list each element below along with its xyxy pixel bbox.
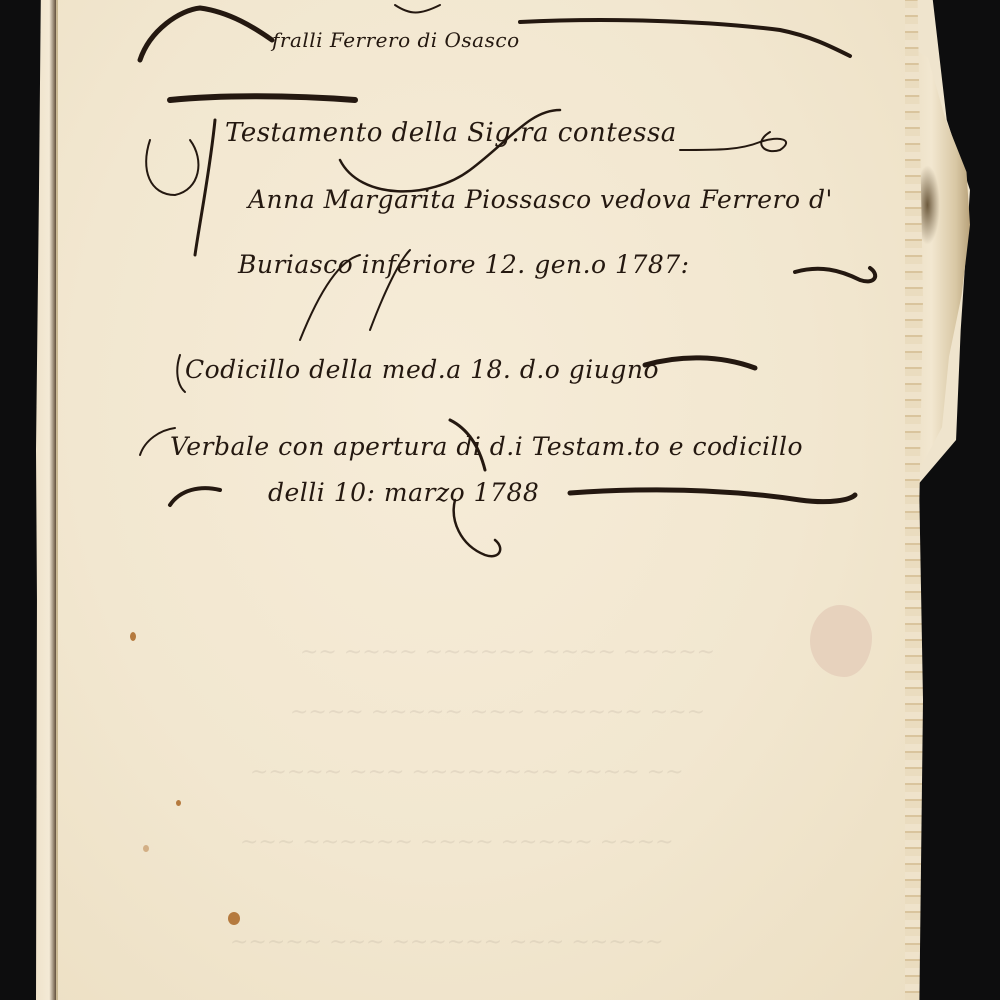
entry-3-line-2: delli 10: marzo 1788 [268,478,539,507]
entry-2-line-1: Codicillo della med.a 18. d.o giugno [185,355,659,384]
manuscript-scan: ~~ ~~~~ ~~~~~~ ~~~~ ~~~~~ ~~~~ ~~~~~ ~~~… [0,0,1000,1000]
entry-1-line-3: Buriasco inferiore 12. gen.o 1787: [238,250,690,279]
entry-1-line-1: Testamento della Sig.ra contessa [225,118,677,148]
entry-1-line-2: Anna Margarita Piossasco vedova Ferrero … [248,185,833,214]
header-line: fralli Ferrero di Osasco [272,28,520,52]
entry-3-line-1: Verbale con apertura di d.i Testam.to e … [170,432,803,461]
